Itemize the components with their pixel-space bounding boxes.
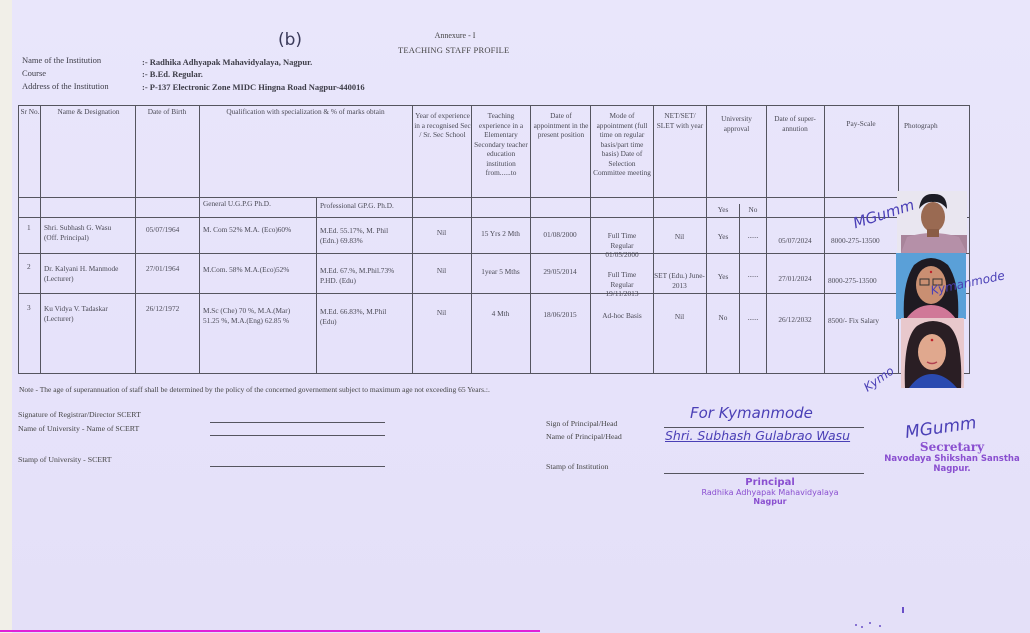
principal-stamp: Principal Radhika Adhyapak Mahavidyalaya…: [690, 477, 850, 506]
row-dob: 26/12/1972: [146, 304, 179, 314]
institution-name-value: :- Radhika Adhyapak Mahavidyalaya, Nagpu…: [142, 57, 312, 67]
row-dob: 05/07/1964: [146, 225, 179, 235]
principal-stamp-city: Nagpur: [690, 497, 850, 506]
registrar-signature-label: Signature of Registrar/Director SCERT: [18, 410, 141, 419]
row-superannuation: 27/01/2024: [766, 274, 824, 284]
row-exp-teacher-edu: 1year 5 Mths: [471, 267, 530, 277]
row-superannuation: 26/12/2032: [766, 315, 824, 325]
header-name: Name & Designation: [41, 107, 136, 117]
principal-stamp-title: Principal: [690, 477, 850, 488]
university-stamp-label: Stamp of University - SCERT: [18, 455, 112, 464]
principal-stamp-org: Radhika Adhyapak Mahavidyalaya: [690, 488, 850, 497]
row-net-set: SET (Edu.) June-2013: [653, 271, 706, 290]
row-dob: 27/01/1964: [146, 264, 179, 274]
document-mark: (b): [278, 30, 302, 50]
header-exp-teacher-edu: Teaching experience in a Elementary Seco…: [473, 111, 529, 178]
ink-specks: [850, 605, 910, 630]
row-general: M.Sc (Che) 70 %, M.A.(Mar) 51.25 %, M.A.…: [203, 306, 295, 325]
registrar-signature-line: [210, 422, 385, 423]
row-designation: (Off. Principal): [44, 233, 89, 243]
header-dob: Date of Birth: [135, 107, 199, 117]
row-date-appointment: 01/08/2000: [530, 230, 590, 240]
secretary-stamp: Secretary Navodaya Shikshan Sanstha Nagp…: [872, 440, 1030, 474]
paper-edge: [0, 0, 12, 633]
principal-handwritten-signature: For Kymanmode: [690, 404, 813, 422]
address-value: :- P-137 Electronic Zone MIDC Hingna Roa…: [142, 82, 365, 92]
row-exp-school: Nil: [412, 308, 471, 318]
row-general: M.Com. 58% M.A.(Eco)52%: [203, 265, 289, 275]
header-qual-professional: Professional GP.G. Ph.D.: [320, 201, 394, 211]
row-approval-no: ......: [740, 270, 766, 280]
header-approval-no: No: [740, 205, 766, 215]
row-net-set: Nil: [653, 232, 706, 242]
row-pay-scale: 8000-275-13500: [831, 236, 880, 246]
header-net-set: NET/SET/ SLET with year: [655, 111, 705, 130]
header-mode-appointment: Mode of appointment (full time on regula…: [592, 111, 652, 178]
row-designation: (Lecturer): [44, 274, 74, 284]
row-approval-no: ......: [740, 231, 766, 241]
secretary-signature: MGumm: [904, 413, 978, 443]
header-date-appointment: Date of appointment in the present posit…: [532, 111, 590, 140]
annexure-label: Annexure - I: [425, 31, 485, 40]
university-name-label: Name of University - Name of SCERT: [18, 424, 139, 433]
course-label: Course: [22, 68, 46, 78]
superannuation-note: Note - The age of superannuation of staf…: [19, 385, 490, 394]
header-qualification: Qualification with specialization & % of…: [199, 107, 412, 117]
principal-sign-label: Sign of Principal/Head: [546, 419, 617, 428]
header-superannuation: Date of super- annution: [770, 114, 820, 133]
header-university-approval: University approval: [708, 114, 765, 133]
row-superannuation: 05/07/2024: [766, 236, 824, 246]
row-professional: M.Ed. 55.17%, M. Phil (Edn.) 69.83%: [320, 226, 408, 245]
row-name: Dr. Kalyani H. Manmode: [44, 264, 118, 274]
row-date-appointment: 18/06/2015: [530, 310, 590, 320]
row-approval-yes: Yes: [707, 272, 739, 282]
header-qual-general: General U.G.P.G Ph.D.: [203, 199, 271, 209]
header-pay-scale: Pay-Scale: [826, 119, 896, 129]
course-value: :- B.Ed. Regular.: [142, 69, 203, 79]
row-general: M. Com 52% M.A. (Eco)60%: [203, 225, 291, 235]
row-exp-teacher-edu: 15 Yrs 2 Mth: [471, 229, 530, 239]
row-mode: Full Time Regular 01/05/2000: [600, 231, 644, 260]
row-designation: (Lecturer): [44, 314, 74, 324]
row-name: Ku Vidya V. Tadaskar: [44, 304, 108, 314]
secretary-stamp-city: Nagpur.: [872, 464, 1030, 474]
row-pay-scale: 8500/- Fix Salary: [828, 316, 879, 326]
institution-stamp-label: Stamp of Institution: [546, 462, 608, 471]
row-sr: 2: [27, 262, 31, 272]
row-approval-no: ......: [740, 313, 766, 323]
row-sr: 1: [27, 223, 31, 233]
row-date-appointment: 29/05/2014: [530, 267, 590, 277]
principal-handwritten-name: Shri. Subhash Gulabrao Wasu: [665, 428, 850, 443]
row-mode: Ad-hoc Basis: [590, 311, 654, 321]
row-approval-yes: Yes: [707, 232, 739, 242]
row-exp-school: Nil: [412, 228, 471, 238]
secretary-stamp-org: Navodaya Shikshan Sanstha: [872, 454, 1030, 464]
address-label: Address of the Institution: [22, 81, 109, 91]
secretary-stamp-title: Secretary: [872, 440, 1030, 454]
page-title: TEACHING STAFF PROFILE: [398, 45, 509, 55]
row-exp-school: Nil: [412, 266, 471, 276]
institution-stamp-line: [664, 473, 864, 474]
row-sr: 3: [27, 303, 31, 313]
photo-staff-3: [901, 318, 964, 388]
row-pay-scale: 8000-275-13500: [828, 276, 877, 286]
header-exp-school: Year of experience in a recognised Sec /…: [414, 111, 471, 140]
university-name-line: [210, 435, 385, 436]
row-professional: M.Ed. 67.%, M.Phil.73% P.HD. (Edu): [320, 266, 408, 285]
row-mode: Full Time Regular 19/11/2013: [600, 270, 644, 299]
row-approval-yes: No: [707, 313, 739, 323]
principal-name-label: Name of Principal/Head: [546, 432, 622, 441]
header-photograph: Photograph: [904, 121, 938, 131]
university-stamp-line: [210, 466, 385, 467]
row-name: Shri. Subhash G. Wasu: [44, 223, 111, 233]
page-bottom-rule: [0, 630, 540, 632]
row-net-set: Nil: [653, 312, 706, 322]
header-sr-no: Sr No.: [19, 107, 41, 117]
institution-name-label: Name of the Institution: [22, 55, 101, 65]
row-professional: M.Ed. 66.83%, M.Phil (Edu): [320, 307, 390, 326]
row-exp-teacher-edu: 4 Mth: [471, 309, 530, 319]
header-approval-yes: Yes: [707, 205, 739, 215]
